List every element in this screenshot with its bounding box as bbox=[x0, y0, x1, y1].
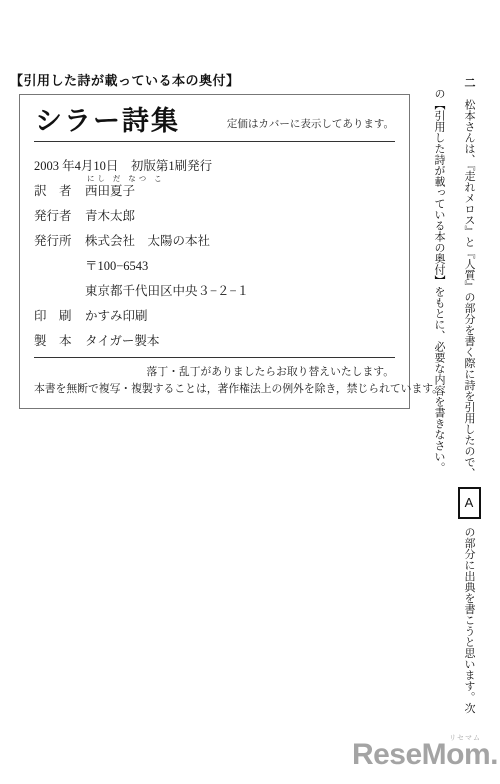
note-line: 落丁・乱丁がありましたらお取り替えいたします。 bbox=[34, 364, 394, 381]
row-label: 発行者 bbox=[34, 206, 85, 224]
row-value: にし だ なつ こ 西田夏子 bbox=[85, 181, 135, 199]
row-value: 株式会社 太陽の本社 bbox=[85, 231, 210, 249]
title-divider bbox=[34, 141, 395, 142]
row-label: 訳 者 bbox=[34, 181, 85, 199]
colophon-row-publisher-person: 発行者 青木太郎 bbox=[34, 202, 395, 227]
row-value: 〒100−6543 bbox=[85, 256, 148, 274]
question-line-2: の【引用した詩が載っている本の奥付】をもとに、必要な内容を書きなさい。 bbox=[424, 77, 454, 777]
colophon-row-address: 東京都千代田区中央３−２−１ bbox=[34, 277, 395, 302]
notes-divider bbox=[34, 357, 395, 358]
watermark-furigana: リセマム bbox=[449, 733, 481, 743]
row-value: 東京都千代田区中央３−２−１ bbox=[85, 281, 249, 299]
watermark-logo: リセマム ReseMom. bbox=[352, 738, 498, 772]
colophon-notes: 落丁・乱丁がありましたらお取り替えいたします。 本書を無断で複写・複製することは… bbox=[34, 364, 395, 402]
colophon-title-row: シラー詩集 定価はカバーに表示してあります。 bbox=[34, 106, 395, 136]
colophon-box: シラー詩集 定価はカバーに表示してあります。 2003 年4月10日 初版第1刷… bbox=[19, 94, 410, 409]
translator-name: 西田夏子 bbox=[85, 184, 135, 198]
question-number: 二 bbox=[463, 77, 475, 88]
row-label: 発行所 bbox=[34, 231, 85, 249]
translator-furigana: にし だ なつ こ bbox=[87, 175, 165, 182]
row-label: 印 刷 bbox=[34, 306, 85, 324]
book-title: シラー詩集 bbox=[35, 106, 180, 136]
row-value: タイガー製本 bbox=[85, 331, 159, 349]
colophon-row-printer: 印 刷 かすみ印刷 bbox=[34, 302, 395, 327]
row-value: かすみ印刷 bbox=[85, 306, 148, 324]
question-line-1: 二松本さんは、『走れメロス』と『人質』の部分を書く際に詩を引用したので、Aの部分… bbox=[454, 77, 484, 777]
colophon-row-postal-code: 〒100−6543 bbox=[34, 252, 395, 277]
answer-box-a: A bbox=[458, 487, 481, 519]
price-note: 定価はカバーに表示してあります。 bbox=[227, 116, 394, 131]
question-line-1-after-box: の部分に出典を書こうと思います。次 bbox=[463, 527, 475, 714]
colophon-row-translator: 訳 者 にし だ なつ こ 西田夏子 bbox=[34, 177, 395, 202]
note-line: 本書を無断で複写・複製することは，著作権法上の例外を除き，禁じられています。 bbox=[34, 381, 394, 398]
row-value: 青木太郎 bbox=[85, 206, 135, 224]
colophon-row-publisher-company: 発行所 株式会社 太陽の本社 bbox=[34, 227, 395, 252]
page-container: 【引用した詩が載っている本の奥付】 シラー詩集 定価はカバーに表示してあります。… bbox=[0, 0, 500, 784]
question-text: 二松本さんは、『走れメロス』と『人質』の部分を書く際に詩を引用したので、Aの部分… bbox=[424, 77, 484, 777]
colophon-rows: 2003 年4月10日 初版第1刷発行 訳 者 にし だ なつ こ 西田夏子 発… bbox=[34, 152, 395, 352]
row-value: 2003 年4月10日 初版第1刷発行 bbox=[34, 156, 212, 174]
section-header: 【引用した詩が載っている本の奥付】 bbox=[10, 70, 240, 89]
question-line-1-before-box: 松本さんは、『走れメロス』と『人質』の部分を書く際に詩を引用したので、 bbox=[463, 88, 475, 479]
colophon-row-binder: 製 本 タイガー製本 bbox=[34, 327, 395, 352]
row-label: 製 本 bbox=[34, 331, 85, 349]
